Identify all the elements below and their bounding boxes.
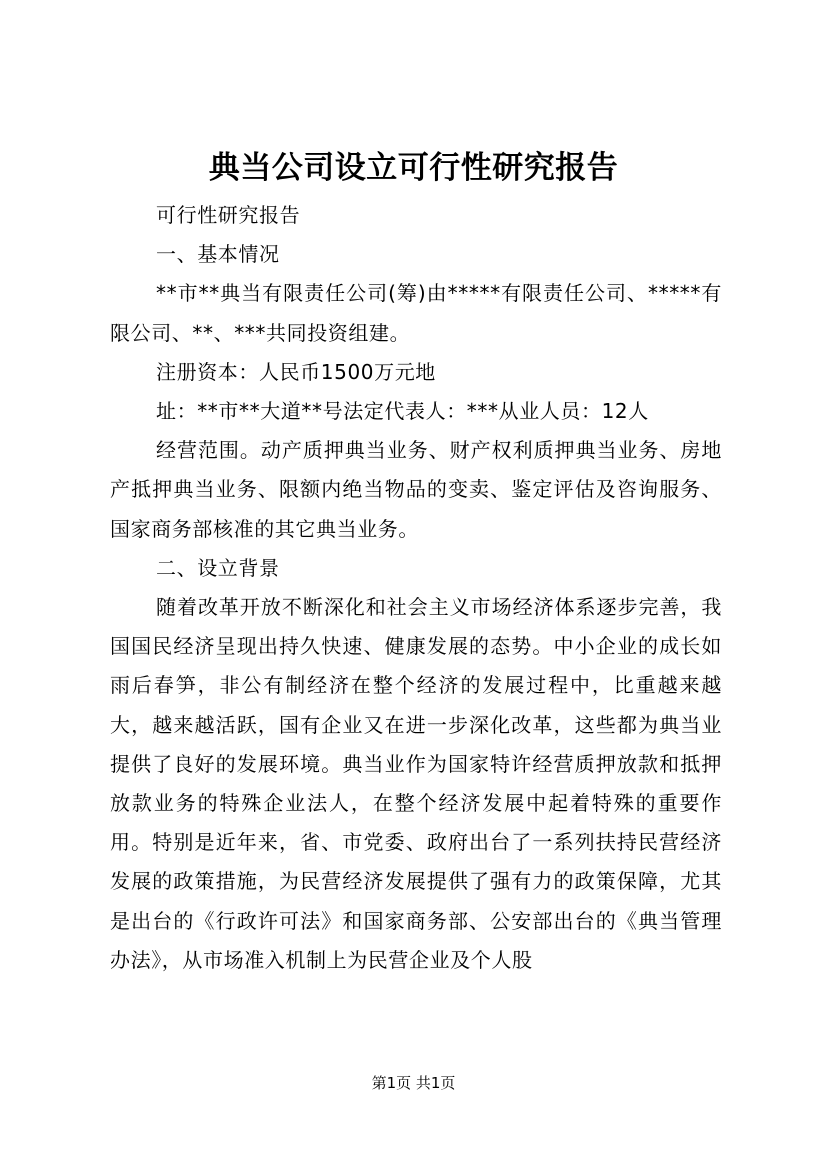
document-body: 可行性研究报告 一、基本情况 **市**典当有限责任公司(筹)由*****有限责… bbox=[110, 196, 722, 980]
section-heading-basic-info: 一、基本情况 bbox=[110, 235, 722, 274]
background-paragraph: 随着改革开放不断深化和社会主义市场经济体系逐步完善，我国国民经济呈现出持久快速、… bbox=[110, 588, 722, 980]
section-heading-background: 二、设立背景 bbox=[110, 549, 722, 588]
document-title: 典当公司设立可行性研究报告 bbox=[0, 146, 827, 190]
address-paragraph: 址：**市**大道**号法定代表人：***从业人员：12人 bbox=[110, 392, 722, 431]
subtitle-paragraph: 可行性研究报告 bbox=[110, 196, 722, 235]
registered-capital-paragraph: 注册资本：人民币1500万元地 bbox=[110, 353, 722, 392]
company-formation-paragraph: **市**典当有限责任公司(筹)由*****有限责任公司、*****有限公司、*… bbox=[110, 274, 722, 352]
page-footer: 第1页 共1页 bbox=[0, 1073, 827, 1093]
document-page: 典当公司设立可行性研究报告 可行性研究报告 一、基本情况 **市**典当有限责任… bbox=[0, 0, 827, 1170]
business-scope-paragraph: 经营范围。动产质押典当业务、财产权利质押典当业务、房地产抵押典当业务、限额内绝当… bbox=[110, 431, 722, 549]
